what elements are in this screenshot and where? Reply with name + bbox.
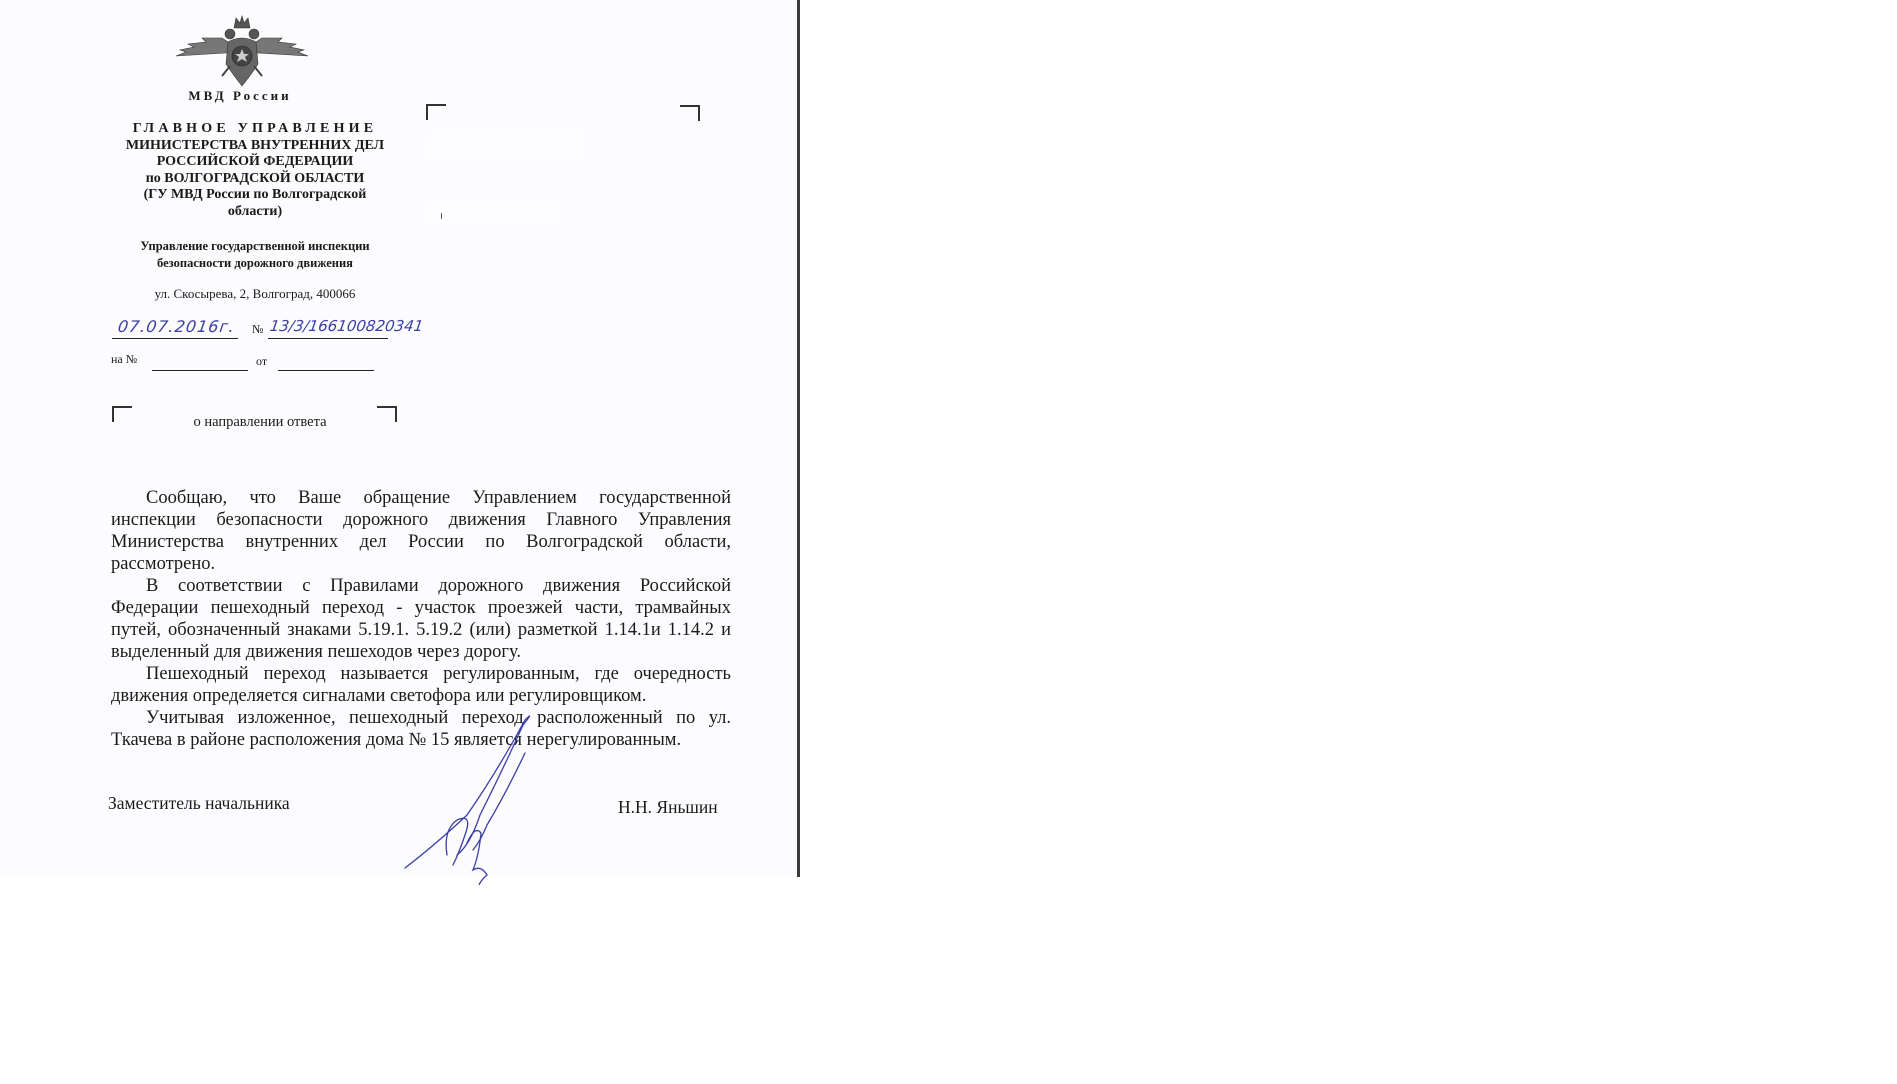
redaction-artifact — [441, 213, 442, 219]
org-line: МИНИСТЕРСТВА ВНУТРЕННИХ ДЕЛ — [105, 138, 405, 155]
body-paragraph: Пешеходный переход называется регулирова… — [111, 663, 731, 707]
number-label: № — [252, 322, 263, 337]
department-name: Управление государственной инспекции без… — [105, 238, 405, 272]
outgoing-date-handwritten: 07.07.2016г. — [117, 317, 237, 336]
signatory-name: Н.Н. Яньшин — [618, 797, 718, 818]
recipient-corner-mark-left — [426, 104, 446, 120]
org-full-name: ГЛАВНОЕ УПРАВЛЕНИЕ МИНИСТЕРСТВА ВНУТРЕНН… — [105, 121, 405, 220]
body-paragraph: Сообщаю, что Ваше обращение Управлением … — [111, 487, 731, 575]
outgoing-number-field: 13/3/166100820341 — [268, 316, 388, 339]
org-address: ул. Скосырева, 2, Волгоград, 400066 — [105, 286, 405, 302]
reference-number-blank — [152, 370, 248, 371]
signatory-title: Заместитель начальника — [108, 793, 290, 814]
subject-corner-mark-right — [377, 406, 397, 422]
recipient-corner-mark-right — [680, 105, 700, 121]
reference-number-label: на № — [111, 352, 137, 367]
mvd-emblem-icon — [172, 14, 312, 88]
org-line: по ВОЛГОГРАДСКОЙ ОБЛАСТИ — [105, 171, 405, 188]
org-line: (ГУ МВД России по Волгоградской — [105, 187, 405, 204]
scan-edge-divider — [797, 0, 800, 877]
handwritten-signature-icon — [395, 705, 545, 885]
org-line: РОССИЙСКОЙ ФЕДЕРАЦИИ — [105, 154, 405, 171]
reference-from-label: от — [256, 354, 267, 369]
letter-subject: о направлении ответа — [150, 414, 370, 431]
department-line: безопасности дорожного движения — [105, 255, 405, 272]
subject-corner-mark-left — [112, 406, 132, 422]
department-line: Управление государственной инспекции — [105, 238, 405, 255]
reference-date-blank — [278, 370, 374, 371]
recipient-redacted-block — [428, 132, 586, 158]
outgoing-number-handwritten: 13/3/166100820341 — [269, 317, 425, 335]
outgoing-date-field: 07.07.2016г. — [112, 316, 238, 339]
org-line: области) — [105, 204, 405, 221]
body-paragraph: В соответствии с Правилами дорожного дви… — [111, 575, 731, 663]
recipient-redacted-block — [428, 202, 558, 224]
letter-page: МВД России ГЛАВНОЕ УПРАВЛЕНИЕ МИНИСТЕРСТ… — [0, 0, 797, 877]
org-line: ГЛАВНОЕ УПРАВЛЕНИЕ — [105, 121, 405, 138]
org-short-name: МВД России — [140, 88, 340, 104]
